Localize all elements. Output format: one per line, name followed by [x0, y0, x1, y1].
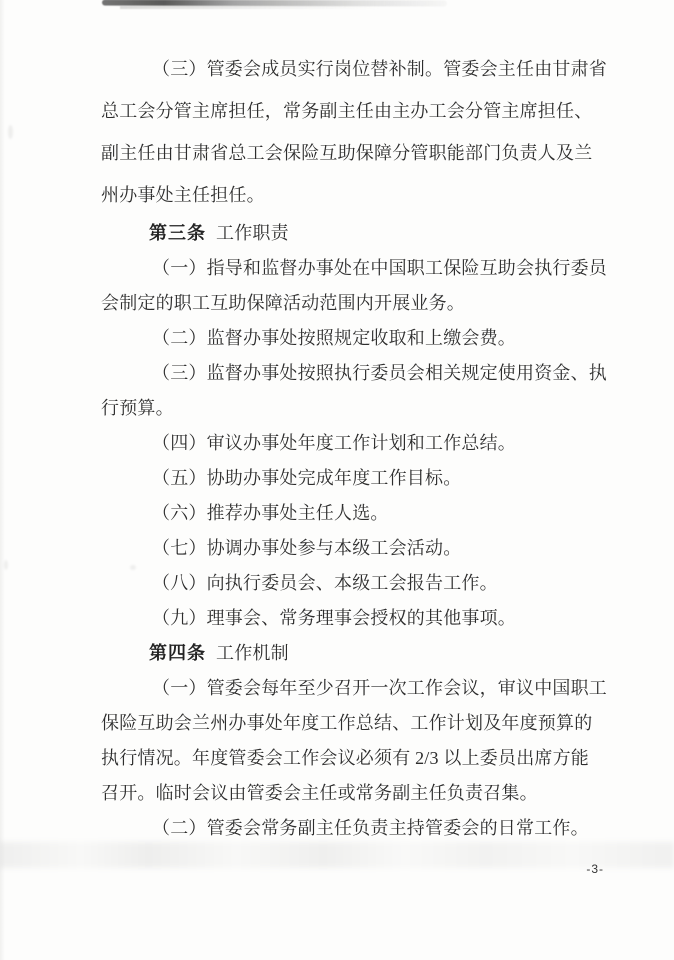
paragraph: （四）审议办事处年度工作计划和工作总结。: [101, 426, 606, 461]
text-line: 副主任由甘肃省总工会保险互助保障分管职能部门负责人及兰: [101, 132, 606, 174]
text-line: 行预算。: [101, 391, 606, 426]
text-line: （三）监督办事处按照执行委员会相关规定使用资金、执: [101, 356, 606, 391]
scan-speck: [4, 560, 8, 570]
text-line: （四）审议办事处年度工作计划和工作总结。: [101, 426, 606, 461]
paragraph: （二）监督办事处按照规定收取和上缴会费。: [101, 321, 606, 356]
text-line: （一）管委会每年至少召开一次工作会议，审议中国职工: [101, 671, 606, 706]
text-line: 州办事处主任担任。: [101, 174, 606, 216]
paragraph: （一）管委会每年至少召开一次工作会议，审议中国职工保险互助会兰州办事处年度工作总…: [101, 671, 606, 811]
text-line: （九）理事会、常务理事会授权的其他事项。: [101, 601, 606, 636]
section-heading-title: 工作机制: [216, 643, 289, 663]
text-line: （三）管委会成员实行岗位替补制。管委会主任由甘肃省: [101, 48, 606, 90]
text-line: （二）监督办事处按照规定收取和上缴会费。: [101, 321, 606, 356]
paragraph: （六）推荐办事处主任人选。: [101, 496, 606, 531]
page-edge-shading: [0, 0, 5, 960]
paragraph: （五）协助办事处完成年度工作目标。: [101, 461, 606, 496]
paragraph: （一）指导和监督办事处在中国职工保险互助会执行委员会制定的职工互助保障活动范围内…: [101, 251, 606, 321]
paragraph: （二）管委会常务副主任负责主持管委会的日常工作。: [101, 811, 606, 846]
paragraph: （八）向执行委员会、本级工会报告工作。: [101, 566, 606, 601]
scan-streak-top-secondary: [120, 6, 380, 9]
paragraph: （七）协调办事处参与本级工会活动。: [101, 531, 606, 566]
section-heading-number: 第三条: [149, 223, 206, 243]
paragraph: （三）管委会成员实行岗位替补制。管委会主任由甘肃省总工会分管主席担任，常务副主任…: [101, 48, 606, 216]
text-line: （五）协助办事处完成年度工作目标。: [101, 461, 606, 496]
text-line: （二）管委会常务副主任负责主持管委会的日常工作。: [101, 811, 606, 846]
page-number: -3-: [586, 862, 604, 876]
section-heading: 第四条工作机制: [101, 636, 606, 671]
text-line: 执行情况。年度管委会工作会议必须有 2/3 以上委员出席方能: [101, 741, 606, 776]
paragraph: （九）理事会、常务理事会授权的其他事项。: [101, 601, 606, 636]
text-line: 保险互助会兰州办事处年度工作总结、工作计划及年度预算的: [101, 706, 606, 741]
section-heading-number: 第四条: [149, 643, 206, 663]
text-line: 召开。临时会议由管委会主任或常务副主任负责召集。: [101, 776, 606, 811]
text-line: （七）协调办事处参与本级工会活动。: [101, 531, 606, 566]
scanned-document-page: { "page": { "number": "-3-", "blocks": […: [0, 0, 674, 960]
scan-speck: [8, 125, 13, 139]
section-heading: 第三条工作职责: [101, 216, 606, 251]
text-line: （六）推荐办事处主任人选。: [101, 496, 606, 531]
text-line: （一）指导和监督办事处在中国职工保险互助会执行委员: [101, 251, 606, 286]
text-line: 总工会分管主席担任，常务副主任由主办工会分管主席担任、: [101, 90, 606, 132]
text-line: （八）向执行委员会、本级工会报告工作。: [101, 566, 606, 601]
document-body: （三）管委会成员实行岗位替补制。管委会主任由甘肃省总工会分管主席担任，常务副主任…: [101, 48, 606, 846]
section-heading-title: 工作职责: [216, 223, 289, 243]
paragraph: （三）监督办事处按照执行委员会相关规定使用资金、执行预算。: [101, 356, 606, 426]
text-line: 会制定的职工互助保障活动范围内开展业务。: [101, 286, 606, 321]
